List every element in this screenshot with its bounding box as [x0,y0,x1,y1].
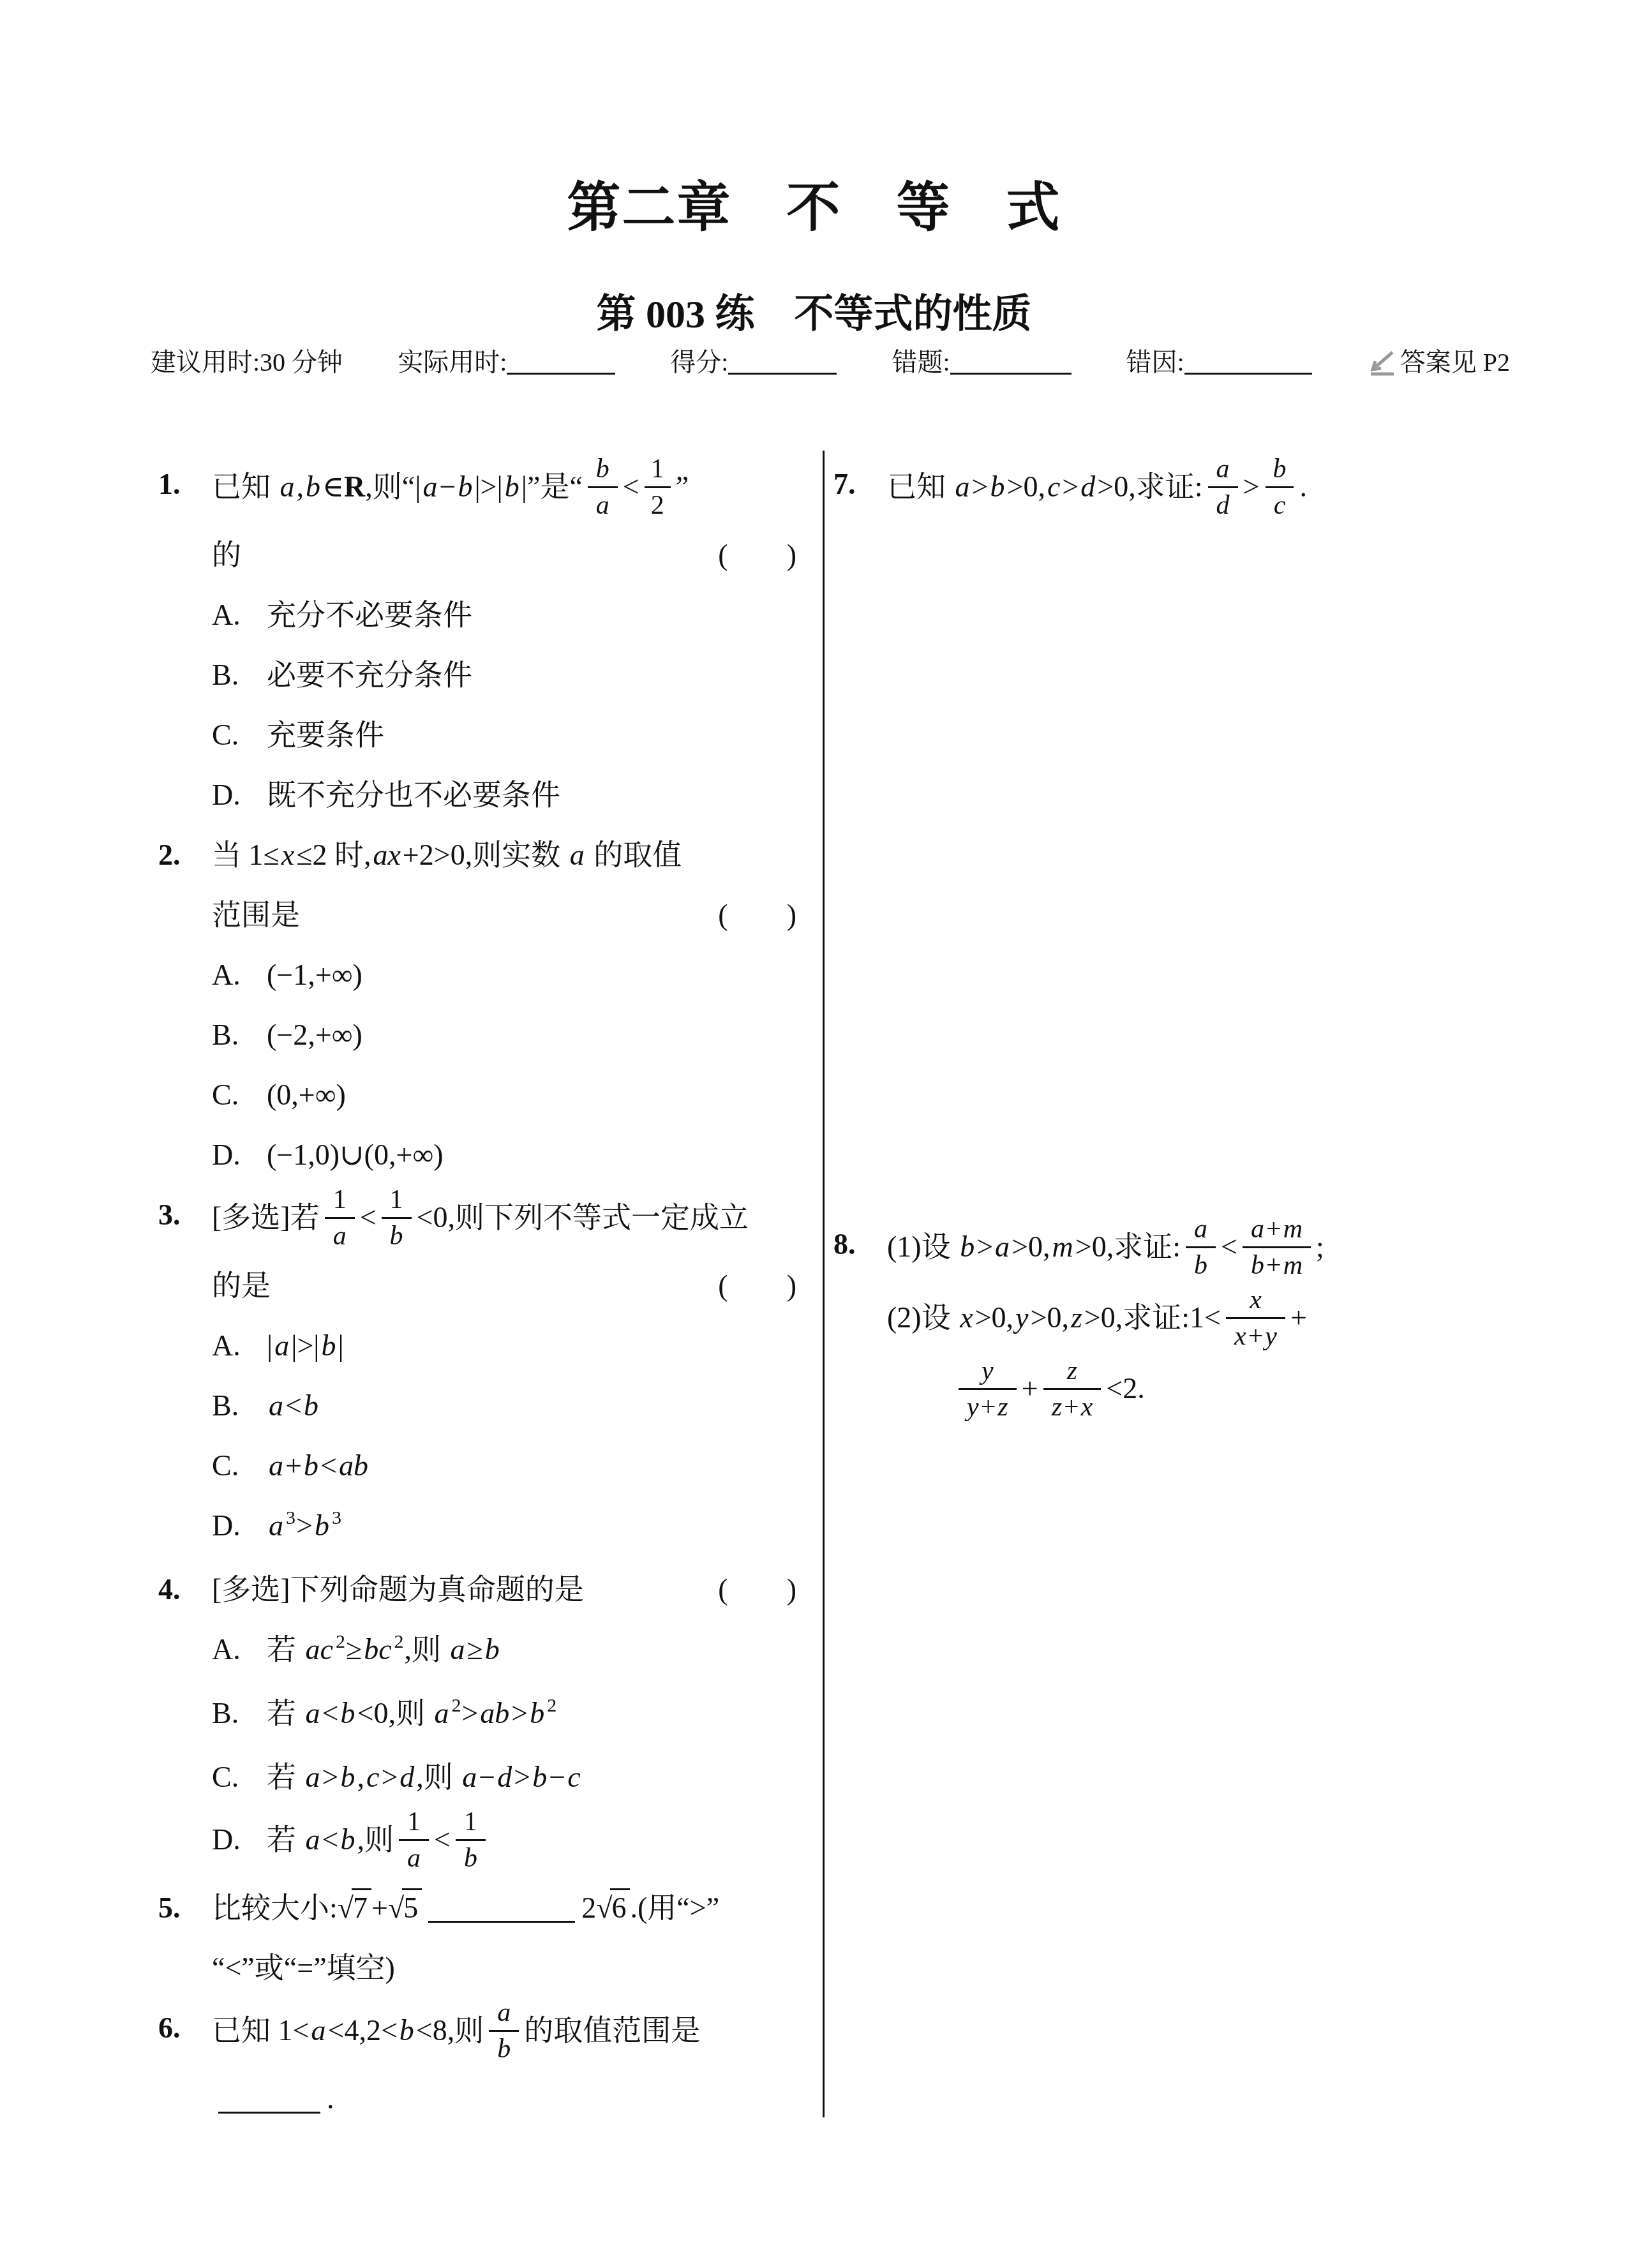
question-number: 5. [158,1878,181,1938]
header-field-label: 错题: [892,348,950,377]
fill-in-blank [218,2082,320,2114]
right-column: 7.已知 a>b>0,c>d>0,求证:ad>bc.8.(1)设 b>a>0,m… [833,454,1555,1427]
header-field-label: 得分: [670,348,728,377]
math-variable: x [958,1301,975,1334]
math-text: 已知 [212,470,278,503]
fraction: 12 [645,452,671,523]
option-label: B. [212,1683,250,1743]
math-variable: a [1192,1214,1209,1244]
math-variable: b [1271,454,1288,484]
math-text: |>| [474,470,502,503]
math-text: ≥ [346,1633,362,1666]
math-text: <0,则 [357,1697,432,1729]
question-q3-option-D: D.a3>b3 [212,1496,796,1560]
math-text: 若 [267,1823,304,1856]
math-variable: a [273,1329,291,1362]
math-variable: b [456,470,474,503]
math-text: 2 [651,491,664,520]
math-text: + [1064,1392,1079,1422]
math-variable: m [1050,1230,1075,1263]
math-variable: c [364,1761,381,1793]
question-q2-option-D: D.(−1,0)∪(0,+∞) [212,1125,796,1185]
math-variable: x [1079,1392,1095,1422]
math-variable: d [495,1761,514,1793]
math-variable: a [594,491,611,520]
math-text: + [1266,1214,1281,1244]
math-text: . [327,2082,334,2115]
math-text: ≥ [467,1633,483,1666]
math-text: < [623,470,639,503]
sqrt-expression: √5 [388,1891,422,1924]
math-variable: a [460,1761,479,1793]
question-q4-option-B: B.若 a<b<0,则 a2>ab>b2 [212,1683,796,1747]
fraction-numerator: 1 [384,1182,410,1217]
question-q8-line-2: (2)设 x>0,y>0,z>0,求证:1<xx+y+ [887,1285,1555,1356]
math-variable: a [304,1823,322,1856]
header-field-blank [950,347,1072,375]
math-text: + [371,1891,388,1924]
math-text: | [338,1329,344,1362]
math-variable: b [483,1633,502,1666]
math-variable: b [988,470,1006,503]
math-text: ” [676,470,689,503]
question-q1-option-A: A.充分不必要条件 [212,585,796,645]
question-q8-line-3: yy+z+zz+x<2. [953,1356,1555,1427]
math-text: <8,则 [416,2014,484,2047]
question-q3-line-2: ( )的是 [212,1256,796,1316]
math-text: >0, [1012,1230,1050,1263]
question-q2: 2.当 1≤x≤2 时,ax+2>0,则实数 a 的取值( )范围是A.(−1,… [158,825,796,1185]
math-variable: b [462,1844,479,1873]
math-variable: b [302,1449,320,1482]
math-text: 1 [333,1185,347,1214]
sqrt-expression: √7 [338,1891,371,1924]
math-text: 1 [407,1807,421,1837]
math-variable: m [1281,1251,1304,1280]
fraction-denominator: b [382,1217,412,1253]
math-variable: d [1079,470,1097,503]
math-text: > [976,1230,993,1263]
question-q4-option-D: D.若 a<b,则1a<1b [212,1807,796,1878]
question-q2-line-1: 当 1≤x≤2 时,ax+2>0,则实数 a 的取值 [212,825,796,885]
question-q3: 3.[多选]若1a<1b<0,则下列不等式一定成立( )的是A.|a|>|b|B… [158,1185,796,1560]
math-text: 比较大小: [212,1891,338,1924]
math-variable: y [980,1356,996,1385]
fraction: ad [1208,452,1238,523]
math-variable: c [1272,491,1288,520]
header-field-4: 错题: [892,345,1071,380]
math-text: − [479,1761,495,1793]
option-label: A. [212,1316,250,1376]
fraction-denominator: a [325,1217,355,1253]
math-text: (1)设 [887,1230,958,1263]
math-text: < [285,1389,302,1422]
fraction-denominator: b [1186,1246,1216,1283]
math-text: − [549,1761,565,1793]
fraction: ba [588,452,618,523]
math-text: (2)设 [887,1301,958,1334]
math-text: 已知 [887,470,953,503]
superscript: 2 [451,1695,461,1716]
question-q2-line-2: ( )范围是 [212,885,796,945]
math-text: < [322,1697,339,1729]
fraction-denominator: b [489,2030,519,2066]
math-text: 范围是 [212,899,300,931]
math-bold-symbol: R [344,470,365,503]
math-text: [多选]若 [212,1201,320,1234]
answer-parentheses: ( ) [718,1256,796,1316]
header-field-blank [728,347,837,375]
radicand: 7 [352,1888,371,1924]
math-variable: b [302,1389,320,1422]
radicand: 5 [402,1888,422,1924]
question-number: 1. [158,454,181,514]
question-number: 4. [158,1560,181,1620]
math-text: + [1266,1251,1281,1280]
fraction: 1a [399,1805,429,1876]
question-q8: 8.(1)设 b>a>0,m>0,求证:ab<a+mb+m;(2)设 x>0,y… [833,1214,1555,1427]
header-row: 建议用时:30 分钟实际用时:得分:错题:错因:答案见 P2 [151,345,1510,380]
fraction-numerator: 1 [401,1805,427,1839]
math-text: (0,+∞) [267,1078,346,1111]
option-label: A. [212,945,250,1005]
math-text: 2 [581,1891,596,1924]
math-variable: z [1065,1356,1079,1385]
math-variable: a [432,1697,451,1729]
header-field-1: 建议用时:30 分钟 [151,345,343,380]
fraction-numerator: a [1186,1212,1216,1246]
fraction: a+mb+m [1243,1212,1311,1283]
math-variable: ab [337,1449,370,1482]
math-text: 的取值 [586,839,682,871]
math-text: <2. [1106,1372,1144,1405]
fill-in-blank [428,1891,575,1923]
math-variable: d [398,1761,416,1793]
math-text: 若 [267,1697,304,1729]
fraction-numerator: a [489,1996,519,2030]
question-q6-line-1: 已知 1<a<4,2<b<8,则ab的取值范围是 [212,1998,796,2069]
math-variable: ab [478,1697,511,1729]
math-text: > [1062,470,1079,503]
option-label: C. [212,1065,250,1125]
math-text: > [296,1509,313,1542]
math-text: |”是“ [521,470,583,503]
fraction-denominator: c [1266,486,1294,523]
math-variable: c [1045,470,1062,503]
fraction-numerator: b [588,452,618,486]
fraction-numerator: x [1241,1283,1270,1317]
math-text: “<”或“=”填空) [212,1951,395,1984]
option-label: C. [212,1747,250,1807]
question-q1-line-1: 已知 a,b∈R,则“|a−b|>|b|”是“ba<12” [212,454,796,525]
fraction: 1a [325,1182,355,1253]
math-variable: b [398,2014,416,2047]
radicand: 6 [610,1888,630,1924]
math-text: >0,求证: [1097,470,1202,503]
fraction: zz+x [1043,1354,1102,1424]
math-text: + [1248,1322,1264,1351]
option-label: A. [212,585,250,645]
question-q1-option-B: B.必要不充分条件 [212,645,796,705]
math-text: < [360,1201,377,1234]
math-text: > [381,1761,398,1793]
option-label: A. [212,1620,250,1680]
math-text: +2>0,则实数 [403,839,568,871]
math-variable: b [320,1329,338,1362]
superscript: 2 [335,1631,346,1652]
superscript: 3 [331,1507,342,1528]
math-text: 当 1≤ [212,839,280,871]
math-variable: b [495,2034,512,2064]
fraction-numerator: b [1264,452,1294,486]
fraction-denominator: b+m [1243,1246,1311,1283]
header-field-blank [507,347,615,375]
math-text: 1 [464,1807,477,1837]
question-q4-line-1: ( )[多选]下列命题为真命题的是 [212,1560,796,1620]
math-text: [多选]下列命题为真命题的是 [212,1573,584,1606]
math-text: ∈ [322,470,344,503]
option-label: C. [212,1436,250,1496]
math-variable: c [565,1761,582,1793]
math-variable: z [1069,1301,1084,1334]
math-variable: a [304,1697,322,1729]
question-q3-option-C: C.a+b<ab [212,1436,796,1496]
math-variable: z [996,1392,1010,1422]
math-variable: x [1232,1322,1248,1351]
option-label: B. [212,1005,250,1065]
fraction-denominator: a [588,486,618,523]
question-q5-line-2: “<”或“=”填空) [212,1938,796,1998]
math-text: 充分不必要条件 [267,599,472,631]
math-text: − [439,470,456,503]
math-text: 的取值范围是 [524,2014,700,2047]
fraction-denominator: a [399,1839,429,1876]
math-text: 若 [267,1761,304,1793]
fraction-denominator: z+x [1043,1388,1102,1424]
math-text: 若 [267,1633,304,1666]
fraction-numerator: y [973,1354,1002,1388]
math-variable: b [388,1221,405,1251]
math-variable: b [338,1761,357,1793]
math-text: < [320,1449,337,1482]
math-variable: m [1281,1214,1304,1244]
option-label: D. [212,765,250,825]
math-text: < [434,1823,451,1856]
question-number: 2. [158,825,181,885]
math-text: 必要不充分条件 [267,659,472,691]
math-text: > [514,1761,530,1793]
math-variable: a [421,470,439,503]
fraction-denominator: y+z [959,1388,1017,1424]
fraction-numerator: 1 [458,1805,484,1839]
math-text: ≤2 时, [296,839,371,871]
question-number: 6. [158,1998,181,2058]
question-q2-option-B: B.(−2,+∞) [212,1005,796,1065]
math-text: 1 [390,1185,403,1214]
math-text: ; [1316,1230,1324,1263]
math-text: 1 [651,454,664,484]
header-field-label: 实际用时: [398,348,507,377]
math-variable: z [1050,1392,1064,1422]
math-variable: y [1013,1301,1030,1334]
math-variable: a [495,1998,512,2027]
math-text: > [461,1697,478,1729]
option-label: D. [212,1496,250,1556]
math-text: ,则“| [365,470,421,503]
answer-reference: 答案见 P2 [1367,345,1510,380]
header-field-label: 建议用时:30 分钟 [151,348,343,377]
header-field-5: 错因: [1126,345,1312,380]
math-text: .(用“>” [630,1891,719,1924]
question-q1: 1.已知 a,b∈R,则“|a−b|>|b|”是“ba<12”( )的A.充分不… [158,454,796,825]
math-variable: a [953,470,972,503]
option-label: B. [212,645,250,705]
answer-parentheses: ( ) [718,525,796,585]
math-variable: b [958,1230,976,1263]
math-variable: b [528,1697,546,1729]
question-q1-line-2: ( )的 [212,525,796,585]
math-variable: a [449,1633,467,1666]
math-text: > [511,1697,528,1729]
math-variable: ax [371,839,402,871]
math-text: <0,则下列不等式一定成立 [417,1201,749,1234]
header-field-2: 实际用时: [398,345,615,380]
option-label: D. [212,1810,250,1870]
header-field-label: 错因: [1126,348,1184,377]
math-text: >0,求证:1< [1084,1301,1221,1334]
question-q4-option-A: A.若 ac2≥bc2,则 a≥b [212,1620,796,1683]
answer-parentheses: ( ) [718,1560,796,1620]
question-q7: 7.已知 a>b>0,c>d>0,求证:ad>bc. [833,454,1555,525]
math-text: ,则 [357,1823,394,1856]
math-text: >0, [975,1301,1013,1334]
question-q4-option-C: C.若 a>b,c>d,则 a−d>b−c [212,1747,796,1807]
math-text: 的是 [212,1269,271,1302]
question-q3-line-1: [多选]若1a<1b<0,则下列不等式一定成立 [212,1185,796,1256]
fraction: xx+y [1226,1283,1285,1354]
math-text: 的 [212,539,241,571]
math-text: 既不充分也不必要条件 [267,779,560,811]
math-text: >0, [1006,470,1045,503]
fraction: yy+z [959,1354,1017,1424]
option-label: B. [212,1376,250,1436]
question-q2-option-A: A.(−1,+∞) [212,945,796,1005]
fraction: 1b [382,1182,412,1253]
worksheet-page: 第二章 不 等 式 第 003 练 不等式的性质 建议用时:30 分钟实际用时:… [0,0,1628,2268]
fraction-numerator: z [1059,1354,1086,1388]
math-variable: a [267,1509,285,1542]
fraction-numerator: 1 [327,1182,353,1217]
math-variable: b [594,454,611,484]
answer-arrow-icon [1367,348,1396,377]
fraction-numerator: a [1208,452,1238,486]
math-variable: y [1263,1322,1279,1351]
math-text: (−1,0)∪(0,+∞) [267,1138,444,1171]
math-text: + [981,1392,996,1422]
math-variable: a [1214,454,1232,484]
math-variable: b [1192,1251,1209,1280]
fraction: bc [1264,452,1294,523]
question-q3-option-A: A.|a|>|b| [212,1316,796,1376]
math-text: , [357,1761,364,1793]
fraction-numerator: a+m [1243,1212,1311,1246]
math-text: ,则 [416,1761,460,1793]
sqrt-expression: √6 [596,1891,630,1924]
fraction-numerator: 1 [645,452,671,486]
answer-parentheses: ( ) [718,885,796,945]
superscript: 2 [394,1631,405,1652]
fraction: ab [489,1996,519,2066]
math-text: + [1022,1372,1038,1405]
question-q6-line-2: . [212,2069,796,2129]
math-text: > [1243,470,1260,503]
question-q4: 4.( )[多选]下列命题为真命题的是A.若 ac2≥bc2,则 a≥bB.若 … [158,1560,796,1878]
math-text: <4,2< [327,2014,397,2047]
question-q1-option-C: C.充要条件 [212,705,796,765]
math-text: 充要条件 [267,719,384,751]
math-variable: b [1249,1251,1266,1280]
math-variable: b [338,1823,357,1856]
math-text: < [322,1823,339,1856]
math-variable: x [280,839,296,871]
math-variable: ac [304,1633,335,1666]
math-variable: a [1249,1214,1266,1244]
left-column: 1.已知 a,b∈R,则“|a−b|>|b|”是“ba<12”( )的A.充分不… [158,454,796,2129]
math-text: (−1,+∞) [267,959,362,991]
math-variable: x [1248,1285,1264,1315]
option-label: C. [212,705,250,765]
math-variable: b [304,470,322,503]
question-number: 7. [833,454,856,514]
superscript: 3 [285,1507,296,1528]
math-variable: d [1214,491,1232,520]
header-field-3: 得分: [670,345,837,380]
math-text: > [972,470,989,503]
math-text: . [1299,470,1307,503]
question-q5-line-1: 比较大小:√7+√52√6.(用“>” [212,1878,796,1938]
math-variable: a [405,1844,422,1873]
column-divider [823,451,825,2117]
math-variable: a [309,2014,327,2047]
question-q6: 6.已知 1<a<4,2<b<8,则ab的取值范围是. [158,1998,796,2129]
fraction: 1b [456,1805,486,1876]
math-text: >0, [1030,1301,1068,1334]
fraction-denominator: x+y [1226,1317,1285,1354]
math-variable: y [965,1392,981,1422]
fraction-denominator: b [456,1839,486,1876]
fraction-denominator: 2 [645,486,671,523]
question-q8-line-1: (1)设 b>a>0,m>0,求证:ab<a+mb+m; [887,1214,1555,1285]
question-number: 8. [833,1214,856,1274]
math-text: + [285,1449,302,1482]
question-q2-option-C: C.(0,+∞) [212,1065,796,1125]
practice-title: 第 003 练 不等式的性质 [0,282,1628,339]
math-variable: a [993,1230,1012,1263]
math-variable: b [338,1697,357,1729]
question-q7-line-1: 已知 a>b>0,c>d>0,求证:ad>bc. [887,454,1555,525]
math-variable: a [568,839,586,871]
question-q5: 5.比较大小:√7+√52√6.(用“>”“<”或“=”填空) [158,1878,796,1998]
question-q1-option-D: D.既不充分也不必要条件 [212,765,796,825]
math-text: > [322,1761,339,1793]
math-variable: a [331,1221,348,1251]
math-text: | [267,1329,273,1362]
math-variable: a [278,470,297,503]
math-text: |>| [291,1329,319,1362]
math-variable: a [267,1389,285,1422]
math-variable: a [304,1761,322,1793]
answer-reference-label: 答案见 P2 [1400,345,1510,380]
